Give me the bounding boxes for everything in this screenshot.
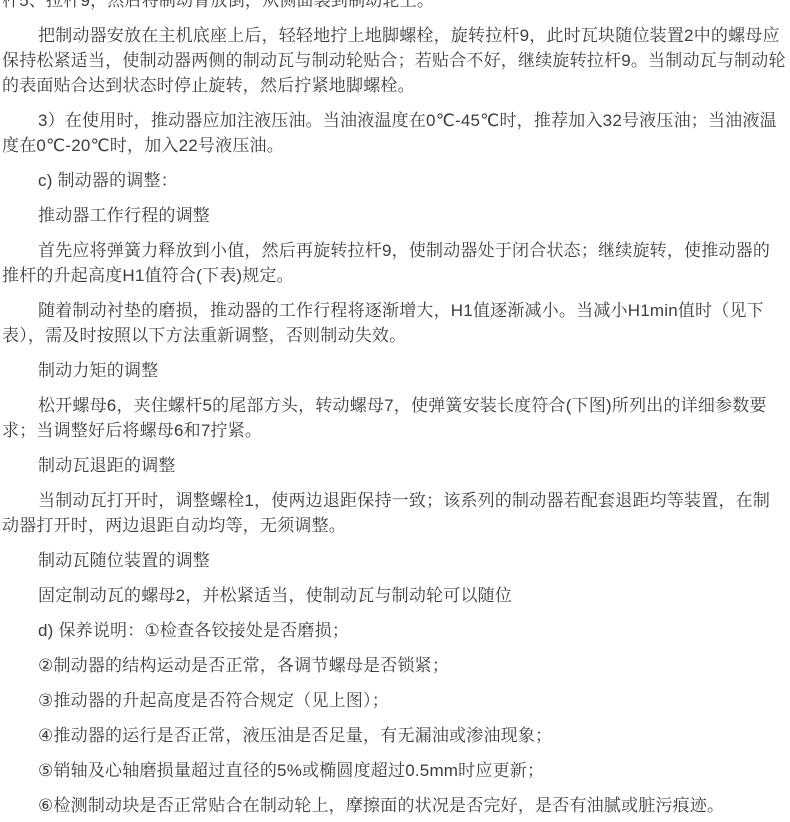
paragraph: 杆5、拉杆9，然后将制动臂放倒，从侧面装到制动轮上。 <box>2 0 786 13</box>
paragraph: d) 保养说明：①检查各铰接处是否磨损； <box>2 618 786 643</box>
paragraph: ④推动器的运行是否正常，液压油是否足量，有无漏油或渗油现象； <box>2 723 786 748</box>
paragraph: 首先应将弹簧力释放到小值，然后再旋转拉杆9，使制动器处于闭合状态；继续旋转，使推… <box>2 238 786 288</box>
paragraph: 固定制动瓦的螺母2，并松紧适当，使制动瓦与制动轮可以随位 <box>2 583 786 608</box>
paragraph: ③推动器的升起高度是否符合规定（见上图）； <box>2 688 786 713</box>
paragraph: ⑥检测制动块是否正常贴合在制动轮上，摩擦面的状况是否完好，是否有油腻或脏污痕迹。 <box>2 793 786 818</box>
section-heading: 制动力矩的调整 <box>2 358 786 383</box>
paragraph: 随着制动衬垫的磨损，推动器的工作行程将逐渐增大，H1值逐渐减小。当减小H1min… <box>2 298 786 348</box>
document-page: 杆5、拉杆9，然后将制动臂放倒，从侧面装到制动轮上。把制动器安放在主机底座上后，… <box>0 0 790 822</box>
paragraph: 3）在使用时，推动器应加注液压油。当油液温度在0℃-45℃时，推荐加入32号液压… <box>2 108 786 158</box>
paragraph: 当制动瓦打开时，调整螺栓1，使两边退距保持一致；该系列的制动器若配套退距均等装置… <box>2 488 786 538</box>
paragraph: ⑤销轴及心轴磨损量超过直径的5%或椭圆度超过0.5mm时应更新； <box>2 758 786 783</box>
section-heading: c) 制动器的调整： <box>2 168 786 193</box>
section-heading: 制动瓦退距的调整 <box>2 453 786 478</box>
paragraph: ②制动器的结构运动是否正常，各调节螺母是否锁紧； <box>2 653 786 678</box>
section-heading: 制动瓦随位装置的调整 <box>2 548 786 573</box>
paragraph: 把制动器安放在主机底座上后，轻轻地拧上地脚螺栓，旋转拉杆9，此时瓦块随位装置2中… <box>2 23 786 98</box>
section-heading: 推动器工作行程的调整 <box>2 203 786 228</box>
paragraph: 松开螺母6，夹住螺杆5的尾部方头，转动螺母7，使弹簧安装长度符合(下图)所列出的… <box>2 393 786 443</box>
